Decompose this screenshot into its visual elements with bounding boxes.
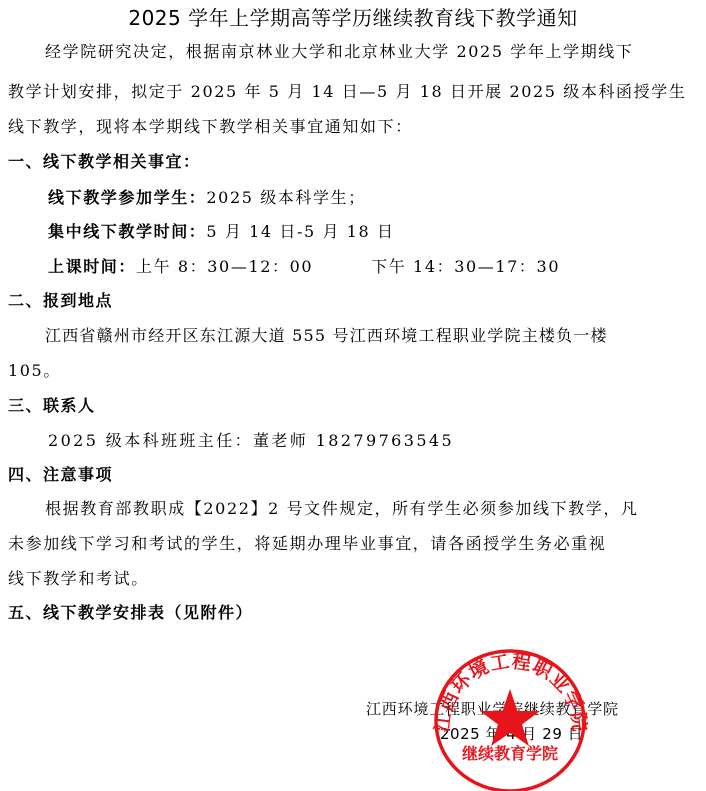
notice-line-2: 未参加线下学习和考试的学生，将延期办理毕业事宜，请各函授学生务必重视 (8, 532, 606, 556)
section-1-item-period: 集中线下教学时间：5 月 14 日-5 月 18 日 (48, 220, 395, 244)
section-1-item-class-time: 上课时间：上午 8：30—12：00下午 14：30—17：30 (48, 255, 560, 279)
intro-line-3: 线下教学，现将本学期线下教学相关事宜通知如下： (8, 115, 413, 139)
item-value: 2025 级本科学生； (206, 188, 365, 207)
contact-line: 2025 级本科班班主任：董老师 18279763545 (48, 429, 454, 453)
item-label: 上课时间： (48, 257, 136, 276)
item-label: 线下教学参加学生： (48, 188, 206, 207)
section-2-heading: 二、报到地点 (8, 289, 113, 313)
svg-text:继续教育学院: 继续教育学院 (462, 744, 558, 763)
section-1-heading: 一、线下教学相关事宜： (8, 150, 201, 174)
signature-date: 2025 年 4 月 29 日 (440, 724, 583, 744)
svg-text:江西环境工程职业学院: 江西环境工程职业学院 (432, 649, 588, 733)
morning-time: 上午 8：30—12：00 (136, 257, 313, 276)
address-line-1: 江西省赣州市经开区东江源大道 555 号江西环境工程职业学院主楼负一楼 (45, 324, 608, 348)
address-line-2: 105。 (8, 359, 61, 383)
section-4-heading: 四、注意事项 (8, 463, 113, 487)
section-1-item-students: 线下教学参加学生：2025 级本科学生； (48, 186, 366, 210)
item-value: 5 月 14 日-5 月 18 日 (206, 222, 394, 241)
intro-line-1: 经学院研究决定，根据南京林业大学和北京林业大学 2025 学年上学期线下 (45, 40, 634, 64)
item-label: 集中线下教学时间： (48, 222, 206, 241)
section-5-heading: 五、线下教学安排表（见附件） (8, 601, 253, 625)
afternoon-time: 下午 14：30—17：30 (371, 257, 560, 276)
notice-line-3: 线下教学和考试。 (8, 567, 149, 591)
section-3-heading: 三、联系人 (8, 394, 96, 418)
notice-line-1: 根据教育部教职成【2022】2 号文件规定，所有学生必须参加线下教学，凡 (45, 497, 639, 521)
intro-line-2: 教学计划安排，拟定于 2025 年 5 月 14 日—5 月 18 日开展 20… (8, 80, 686, 104)
document-title: 2025 学年上学期高等学历继续教育线下教学通知 (0, 2, 706, 34)
signature-organization: 江西环境工程职业学院继续教育学院 (366, 699, 619, 719)
